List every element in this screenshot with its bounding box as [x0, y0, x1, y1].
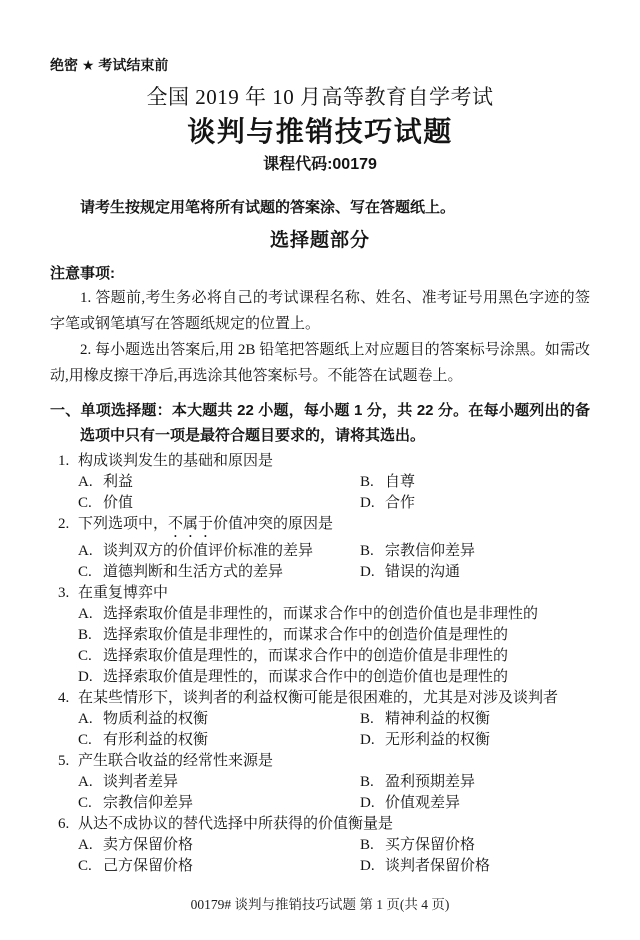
question-number: 3. [58, 583, 78, 604]
question-stem: 2.下列选项中，不属于价值冲突的原因是 [50, 514, 590, 541]
option-text: 宗教信仰差异 [103, 795, 193, 811]
option-label: D. [360, 493, 378, 514]
question-stem: 1.构成谈判发生的基础和原因是 [50, 451, 590, 472]
part-one-header: 一、单项选择题：本大题共 22 小题，每小题 1 分，共 22 分。在每小题列出… [50, 398, 590, 448]
notice-heading: 注意事项: [50, 263, 590, 285]
question-stem-text: 产生联合收益的经常性来源是 [78, 753, 273, 769]
question-number: 6. [58, 814, 78, 835]
question-stem-text: 从达不成协议的替代选择中所获得的价值衡量是 [78, 816, 393, 832]
exam-title: 全国 2019 年 10 月高等教育自学考试 [50, 83, 590, 111]
option-label: C. [78, 856, 96, 877]
candidate-instruction: 请考生按规定用笔将所有试题的答案涂、写在答题纸上。 [50, 197, 590, 219]
question-options: A.卖方保留价格B.买方保留价格C.己方保留价格D.谈判者保留价格 [50, 835, 590, 877]
section-title: 选择题部分 [50, 227, 590, 255]
option-label: B. [360, 709, 378, 730]
option-label: B. [360, 541, 378, 562]
option-label: A. [78, 772, 96, 793]
option: B.选择索取价值是非理性的，而谋求合作中的创造价值是理性的 [78, 625, 590, 646]
question-number: 1. [58, 451, 78, 472]
option: C.选择索取价值是理性的，而谋求合作中的创造价值是非理性的 [78, 646, 590, 667]
notice-item: 1. 答题前,考生务必将自己的考试课程名称、姓名、准考证号用黑色字迹的签字笔或钢… [50, 285, 590, 337]
option-label: A. [78, 604, 96, 625]
question-list: 1.构成谈判发生的基础和原因是 A.利益B.自尊C.价值D.合作 2.下列选项中… [50, 451, 590, 877]
option-text: 利益 [103, 474, 133, 490]
option-label: B. [360, 772, 378, 793]
option: A.利益 [78, 472, 360, 493]
option-label: B. [360, 472, 378, 493]
option-text: 谈判双方的价值评价标准的差异 [103, 543, 313, 559]
option: C.宗教信仰差异 [78, 793, 360, 814]
option: B.精神利益的权衡 [360, 709, 590, 730]
option: C.道德判断和生活方式的差异 [78, 562, 360, 583]
option: A.谈判者差异 [78, 772, 360, 793]
question-number: 5. [58, 751, 78, 772]
option-text: 精神利益的权衡 [385, 711, 490, 727]
question: 6.从达不成协议的替代选择中所获得的价值衡量是 A.卖方保留价格B.买方保留价格… [50, 814, 590, 877]
question-stem: 4.在某些情形下，谈判者的利益权衡可能是很困难的，尤其是对涉及谈判者 [50, 688, 590, 709]
option-text: 谈判者差异 [103, 774, 178, 790]
option-text: 无形利益的权衡 [385, 732, 490, 748]
question: 3.在重复博弈中 A.选择索取价值是非理性的，而谋求合作中的创造价值也是非理性的… [50, 583, 590, 688]
stem-text: 价值冲突的原因是 [213, 516, 333, 532]
question-number: 4. [58, 688, 78, 709]
option: B.买方保留价格 [360, 835, 590, 856]
option-label: C. [78, 562, 96, 583]
option-label: A. [78, 835, 96, 856]
option-label: C. [78, 730, 96, 751]
question: 5.产生联合收益的经常性来源是 A.谈判者差异B.盈利预期差异C.宗教信仰差异D… [50, 751, 590, 814]
question-stem-text: 下列选项中，不属于价值冲突的原因是 [78, 516, 333, 532]
stem-text: 下列选项中， [78, 516, 168, 532]
option-text: 错误的沟通 [385, 564, 460, 580]
course-code: 课程代码:00179 [50, 153, 590, 177]
option-label: D. [360, 793, 378, 814]
question: 4.在某些情形下，谈判者的利益权衡可能是很困难的，尤其是对涉及谈判者 A.物质利… [50, 688, 590, 751]
option-text: 价值观差异 [385, 795, 460, 811]
option: A.选择索取价值是非理性的，而谋求合作中的创造价值也是非理性的 [78, 604, 590, 625]
secrecy-label: 绝密 ★ 考试结束前 [50, 56, 590, 74]
option-label: B. [360, 835, 378, 856]
stem-text: 在某些情形下，谈判者的利益权衡可能是很困难的，尤其是对涉及谈判者 [78, 690, 558, 706]
option: C.己方保留价格 [78, 856, 360, 877]
option-text: 谈判者保留价格 [385, 858, 490, 874]
question-options: A.利益B.自尊C.价值D.合作 [50, 472, 590, 514]
notice-item: 2. 每小题选出答案后,用 2B 铅笔把答题纸上对应题目的答案标号涂黑。如需改动… [50, 337, 590, 389]
option: C.有形利益的权衡 [78, 730, 360, 751]
option: A.物质利益的权衡 [78, 709, 360, 730]
option-text: 己方保留价格 [103, 858, 193, 874]
option-label: D. [360, 730, 378, 751]
option-text: 买方保留价格 [385, 837, 475, 853]
option: D.价值观差异 [360, 793, 590, 814]
option-text: 选择索取价值是理性的，而谋求合作中的创造价值也是理性的 [103, 669, 508, 685]
question-options: A.物质利益的权衡B.精神利益的权衡C.有形利益的权衡D.无形利益的权衡 [50, 709, 590, 751]
question-options: A.选择索取价值是非理性的，而谋求合作中的创造价值也是非理性的B.选择索取价值是… [50, 604, 590, 688]
option-text: 价值 [103, 495, 133, 511]
stem-text: 构成谈判发生的基础和原因是 [78, 453, 273, 469]
question-stem: 5.产生联合收益的经常性来源是 [50, 751, 590, 772]
option: B.宗教信仰差异 [360, 541, 590, 562]
option-text: 合作 [385, 495, 415, 511]
option-label: A. [78, 709, 96, 730]
option: D.错误的沟通 [360, 562, 590, 583]
option-label: A. [78, 472, 96, 493]
option: D.合作 [360, 493, 590, 514]
paper-title: 谈判与推销技巧试题 [50, 114, 590, 150]
option-label: D. [78, 667, 96, 688]
question-options: A.谈判者差异B.盈利预期差异C.宗教信仰差异D.价值观差异 [50, 772, 590, 814]
option-text: 道德判断和生活方式的差异 [103, 564, 283, 580]
option-text: 有形利益的权衡 [103, 732, 208, 748]
option: D.无形利益的权衡 [360, 730, 590, 751]
option-label: D. [360, 562, 378, 583]
stem-text: 产生联合收益的经常性来源是 [78, 753, 273, 769]
question: 1.构成谈判发生的基础和原因是 A.利益B.自尊C.价值D.合作 [50, 451, 590, 514]
question-options: A.谈判双方的价值评价标准的差异B.宗教信仰差异C.道德判断和生活方式的差异D.… [50, 541, 590, 583]
option: A.谈判双方的价值评价标准的差异 [78, 541, 360, 562]
question: 2.下列选项中，不属于价值冲突的原因是 A.谈判双方的价值评价标准的差异B.宗教… [50, 514, 590, 583]
question-stem-text: 在重复博弈中 [78, 585, 168, 601]
question-stem-text: 构成谈判发生的基础和原因是 [78, 453, 273, 469]
stem-text: 从达不成协议的替代选择中所获得的价值衡量是 [78, 816, 393, 832]
option-text: 物质利益的权衡 [103, 711, 208, 727]
exam-paper-page: 绝密 ★ 考试结束前 全国 2019 年 10 月高等教育自学考试 谈判与推销技… [0, 0, 640, 940]
option-text: 选择索取价值是非理性的，而谋求合作中的创造价值是理性的 [103, 627, 508, 643]
stem-emphasis: 不属于 [168, 516, 213, 532]
option: B.自尊 [360, 472, 590, 493]
page-footer: 00179# 谈判与推销技巧试题 第 1 页(共 4 页) [0, 896, 640, 914]
option-text: 选择索取价值是非理性的，而谋求合作中的创造价值也是非理性的 [103, 606, 538, 622]
option: C.价值 [78, 493, 360, 514]
option: D.谈判者保留价格 [360, 856, 590, 877]
question-stem-text: 在某些情形下，谈判者的利益权衡可能是很困难的，尤其是对涉及谈判者 [78, 690, 558, 706]
question-number: 2. [58, 514, 78, 535]
option: B.盈利预期差异 [360, 772, 590, 793]
option-text: 卖方保留价格 [103, 837, 193, 853]
option-text: 选择索取价值是理性的，而谋求合作中的创造价值是非理性的 [103, 648, 508, 664]
question-stem: 6.从达不成协议的替代选择中所获得的价值衡量是 [50, 814, 590, 835]
option-label: C. [78, 793, 96, 814]
option: A.卖方保留价格 [78, 835, 360, 856]
option-label: D. [360, 856, 378, 877]
option: D.选择索取价值是理性的，而谋求合作中的创造价值也是理性的 [78, 667, 590, 688]
option-text: 盈利预期差异 [385, 774, 475, 790]
option-text: 宗教信仰差异 [385, 543, 475, 559]
option-label: B. [78, 625, 96, 646]
option-text: 自尊 [385, 474, 415, 490]
option-label: C. [78, 493, 96, 514]
option-label: A. [78, 541, 96, 562]
option-label: C. [78, 646, 96, 667]
question-stem: 3.在重复博弈中 [50, 583, 590, 604]
stem-text: 在重复博弈中 [78, 585, 168, 601]
